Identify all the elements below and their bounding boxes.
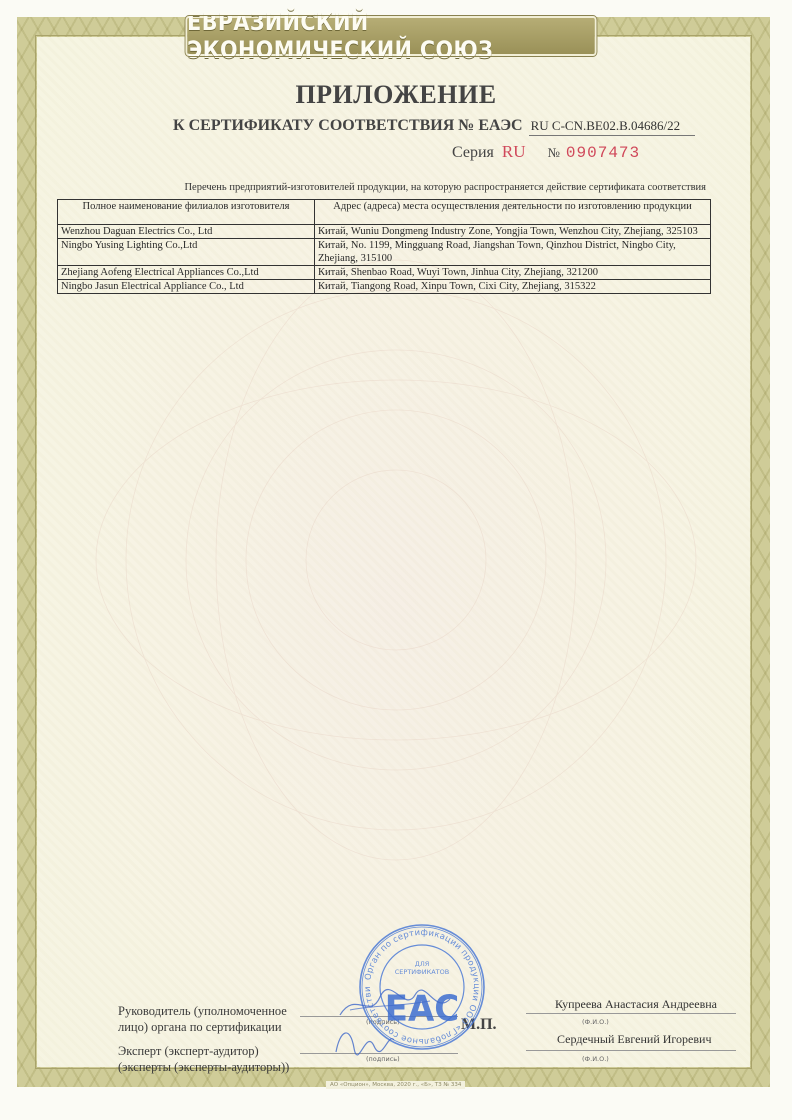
table-row: Wenzhou Daguan Electrics Co., Ltd Китай,… bbox=[58, 225, 711, 239]
union-banner: ЕВРАЗИЙСКИЙ ЭКОНОМИЧЕСКИЙ СОЮЗ bbox=[185, 16, 596, 56]
print-info: АО «Опцион», Москва, 2020 г., «Б», ТЗ № … bbox=[326, 1081, 465, 1089]
table-row: Ningbo Yusing Lighting Co.,Ltd Китай, No… bbox=[58, 239, 711, 266]
expert-name: Сердечный Евгений Игоревич bbox=[557, 1032, 711, 1047]
expert-fio-line bbox=[526, 1050, 736, 1051]
expert-label: Эксперт (эксперт-аудитор) (эксперты (экс… bbox=[118, 1043, 289, 1075]
manufacturers-table: Полное наименование филиалов изготовител… bbox=[57, 199, 711, 294]
series-label: Серия bbox=[452, 144, 494, 162]
head-fio-line bbox=[526, 1013, 736, 1014]
series-value: RU bbox=[502, 142, 526, 162]
table-row: Ningbo Jasun Electrical Appliance Co., L… bbox=[58, 280, 711, 294]
expert-signature bbox=[330, 1020, 400, 1060]
table-row: Zhejiang Aofeng Electrical Appliances Co… bbox=[58, 266, 711, 280]
expert-label-line-2: (эксперты (эксперты-аудиторы)) bbox=[118, 1059, 289, 1075]
head-name: Купреева Анастасия Андреевна bbox=[555, 997, 717, 1012]
stamp-top-text-2: СЕРТИФИКАТОВ bbox=[395, 968, 449, 976]
series-line: Серия RU № 0907473 bbox=[452, 142, 640, 162]
manufacturer-address: Китай, Wuniu Dongmeng Industry Zone, Yon… bbox=[315, 225, 711, 239]
stamp-top-text-1: ДЛЯ bbox=[415, 960, 429, 968]
head-fio-caption: (Ф.И.О.) bbox=[582, 1018, 609, 1026]
head-label: Руководитель (уполномоченное лицо) орган… bbox=[118, 1003, 287, 1035]
head-label-line-2: лицо) органа по сертификации bbox=[118, 1019, 287, 1035]
page-title: ПРИЛОЖЕНИЕ bbox=[0, 80, 792, 110]
expert-label-line-1: Эксперт (эксперт-аудитор) bbox=[118, 1043, 289, 1059]
expert-fio-caption: (Ф.И.О.) bbox=[582, 1055, 609, 1063]
table-header-row: Полное наименование филиалов изготовител… bbox=[58, 200, 711, 225]
certificate-reference: К СЕРТИФИКАТУ СООТВЕТСТВИЯ № ЕАЭС RU C-C… bbox=[173, 117, 695, 136]
manufacturer-name: Zhejiang Aofeng Electrical Appliances Co… bbox=[58, 266, 315, 280]
manufacturers-caption: Перечень предприятий-изготовителей проду… bbox=[57, 182, 710, 193]
head-label-line-1: Руководитель (уполномоченное bbox=[118, 1003, 287, 1019]
number-sign: № bbox=[548, 145, 560, 161]
manufacturer-name: Ningbo Yusing Lighting Co.,Ltd bbox=[58, 239, 315, 266]
manufacturer-name: Ningbo Jasun Electrical Appliance Co., L… bbox=[58, 280, 315, 294]
column-header-address: Адрес (адреса) места осуществления деяте… bbox=[315, 200, 711, 225]
certificate-number: RU C-CN.BE02.B.04686/22 bbox=[529, 118, 695, 136]
manufacturer-address: Китай, No. 1199, Mingguang Road, Jiangsh… bbox=[315, 239, 711, 266]
manufacturer-address: Китай, Shenbao Road, Wuyi Town, Jinhua C… bbox=[315, 266, 711, 280]
form-number: 0907473 bbox=[566, 144, 640, 162]
manufacturer-name: Wenzhou Daguan Electrics Co., Ltd bbox=[58, 225, 315, 239]
head-signature bbox=[335, 985, 455, 1025]
column-header-name: Полное наименование филиалов изготовител… bbox=[58, 200, 315, 225]
certificate-prefix: К СЕРТИФИКАТУ СООТВЕТСТВИЯ № ЕАЭС bbox=[173, 117, 523, 135]
manufacturer-address: Китай, Tiangong Road, Xinpu Town, Cixi C… bbox=[315, 280, 711, 294]
